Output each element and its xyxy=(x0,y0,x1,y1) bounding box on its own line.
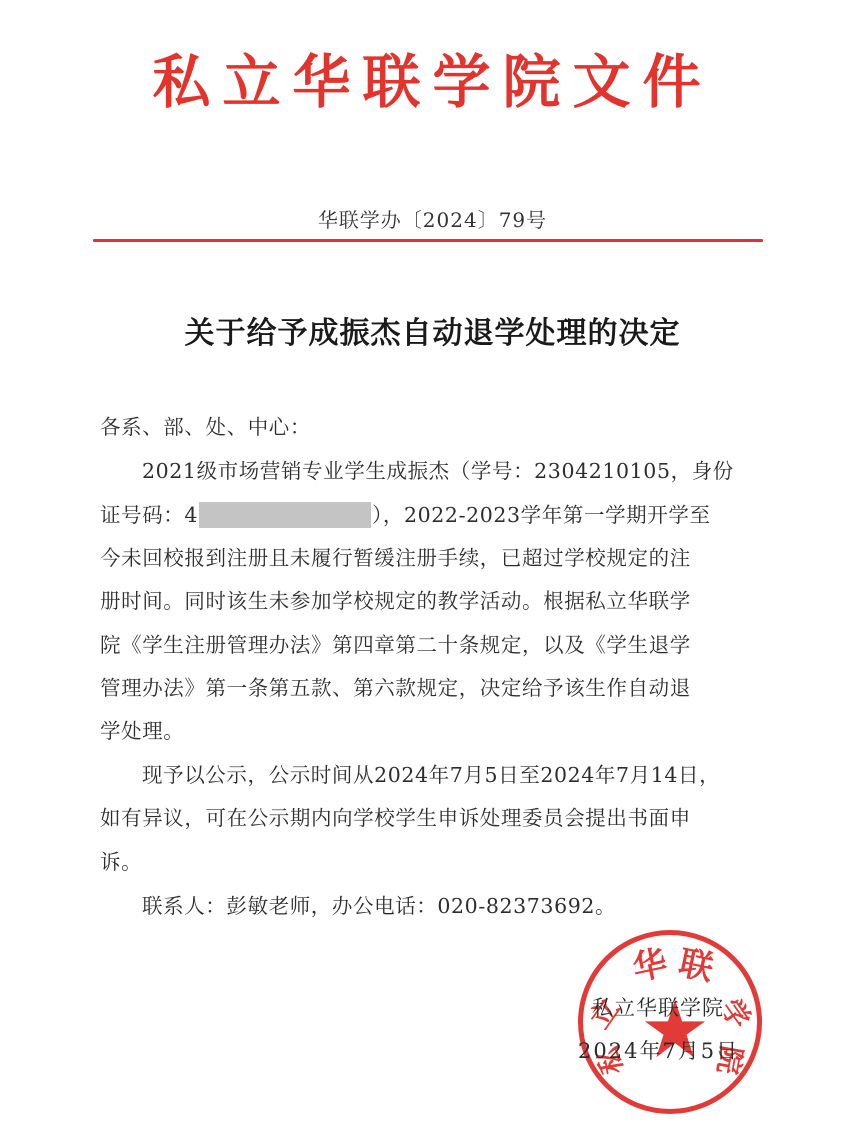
body-line-7: 学处理。 xyxy=(100,716,770,746)
signature-org: 私立华联学院 xyxy=(592,993,724,1023)
body-line-6: 管理办法》第一条第五款、第六款规定，决定给予该生作自动退 xyxy=(100,673,770,703)
document-title: 关于给予成振杰自动退学处理的决定 xyxy=(0,312,865,356)
body-line-9: 如有异议，可在公示期内向学校学生申诉处理委员会提出书面申 xyxy=(100,803,770,833)
signature-date: 2024年7月5日 xyxy=(578,1036,739,1066)
body-line-2-suffix: ），2022-2023学年第一学期开学至 xyxy=(372,503,711,527)
seal-text-top-1: 华 xyxy=(630,946,670,986)
body-line-8: 现予以公示，公示时间从2024年7月5日至2024年7月14日， xyxy=(142,760,812,790)
seal-text-top-2: 联 xyxy=(676,946,716,986)
body-line-2: 证号码：4），2022-2023学年第一学期开学至 xyxy=(100,500,770,530)
body-line-10: 诉。 xyxy=(100,847,770,877)
salutation: 各系、部、处、中心： xyxy=(100,412,770,442)
red-divider xyxy=(93,239,763,242)
body-line-3: 今未回校报到注册且未履行暂缓注册手续，已超过学校规定的注 xyxy=(100,543,770,573)
document-number: 华联学办〔2024〕79号 xyxy=(0,205,865,235)
body-line-4: 册时间。同时该生未参加学校规定的教学活动。根据私立华联学 xyxy=(100,586,770,616)
document-page: 私立华联学院文件 华联学办〔2024〕79号 关于给予成振杰自动退学处理的决定 … xyxy=(0,0,865,1124)
body-line-5: 院《学生注册管理办法》第四章第二十条规定，以及《学生退学 xyxy=(100,630,770,660)
body-line-2-prefix: 证号码：4 xyxy=(100,503,198,527)
contact-line: 联系人：彭敏老师，办公电话：020-82373692。 xyxy=(142,891,812,921)
body-line-1: 2021级市场营销专业学生成振杰（学号：2304210105，身份 xyxy=(142,456,812,486)
redaction-block xyxy=(199,502,371,528)
issuer-title: 私立华联学院文件 xyxy=(0,42,865,122)
